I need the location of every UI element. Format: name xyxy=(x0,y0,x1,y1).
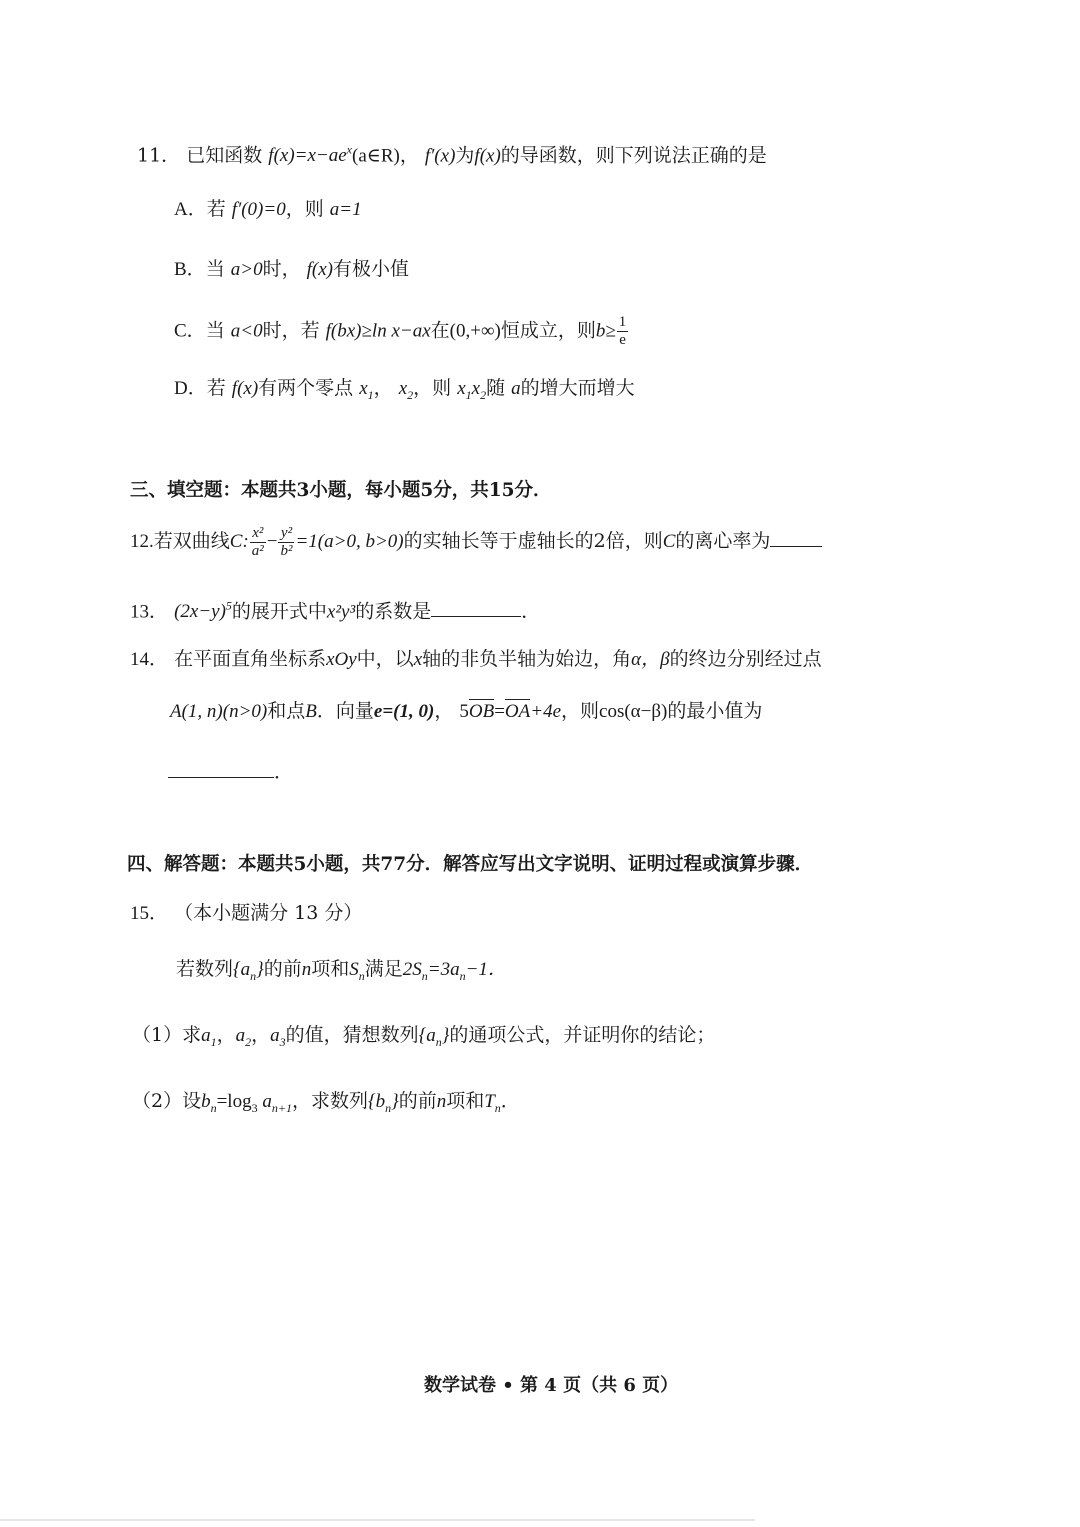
question-14-line-1: 14． 在平面直角坐标系xOy中，以x轴的非负半轴为始边，角α，β的终边分别经过… xyxy=(130,645,822,674)
function-definition: f(x)=x−aex xyxy=(268,145,352,166)
vector-OA: OA xyxy=(505,698,530,726)
question-15-part-1: （1）求a1，a2，a3的值，猜想数列{an}的通项公式，并证明你的结论； xyxy=(132,1021,715,1056)
fraction-y2-over-b2: y²b² xyxy=(278,525,294,560)
question-14-answer-line: ． xyxy=(168,758,293,786)
answer-blank-14[interactable] xyxy=(168,777,274,778)
question-11-stem: 11． 已知函数 f(x)=x−aex(a∈R)， f′(x)为f(x)的导函数… xyxy=(137,136,767,170)
question-15-part-2: （2）设bn=log3 an+1，求数列{bn}的前n项和Tn． xyxy=(132,1087,520,1122)
answer-blank-13[interactable] xyxy=(431,616,521,617)
answer-blank-12[interactable] xyxy=(770,546,822,547)
question-13: 13． (2x−y)5的展开式中x²y³的系数是． xyxy=(130,592,540,626)
question-14-line-2: A(1, n)(n>0)和点B．向量e=(1, 0)， 5OB=OA+4e，则c… xyxy=(170,697,762,726)
option-d: D．若 f(x)有两个零点 x1， x2，则 x1x2随 a的增大而增大 xyxy=(174,374,635,409)
fraction-x2-over-a2: x²a² xyxy=(250,525,266,560)
bottom-edge-divider xyxy=(0,1519,755,1521)
vector-OB: OB xyxy=(469,698,494,726)
section-3-heading: 三、填空题：本题共3小题，每小题5分，共15分． xyxy=(130,477,552,505)
section-4-heading: 四、解答题：本题共5小题，共77分．解答应写出文字说明、证明过程或演算步骤． xyxy=(127,851,813,879)
fraction-1-over-e: 1e xyxy=(617,314,629,349)
question-15-stem: 若数列{an}的前n项和Sn满足2Sn=3an−1． xyxy=(176,955,507,990)
option-a: A．若 f′(0)=0，则 a=1 xyxy=(174,195,362,224)
question-number: 11． xyxy=(137,144,180,166)
question-15-header: 15． （本小题满分 13 分） xyxy=(130,899,362,928)
page-footer: 数学试卷 • 第 4 页（共 6 页） xyxy=(424,1372,678,1400)
option-c: C．当 a<0时，若 f(bx)≥ln x−ax在(0,+∞)恒成立，则b≥1e xyxy=(174,314,629,349)
option-b: B．当 a>0时， f(x)有极小值 xyxy=(174,255,409,284)
score-note: （本小题满分 13 分） xyxy=(174,902,362,924)
question-12: 12.若双曲线C:x²a²−y²b²=1(a>0, b>0)的实轴长等于虚轴长的… xyxy=(130,521,822,562)
